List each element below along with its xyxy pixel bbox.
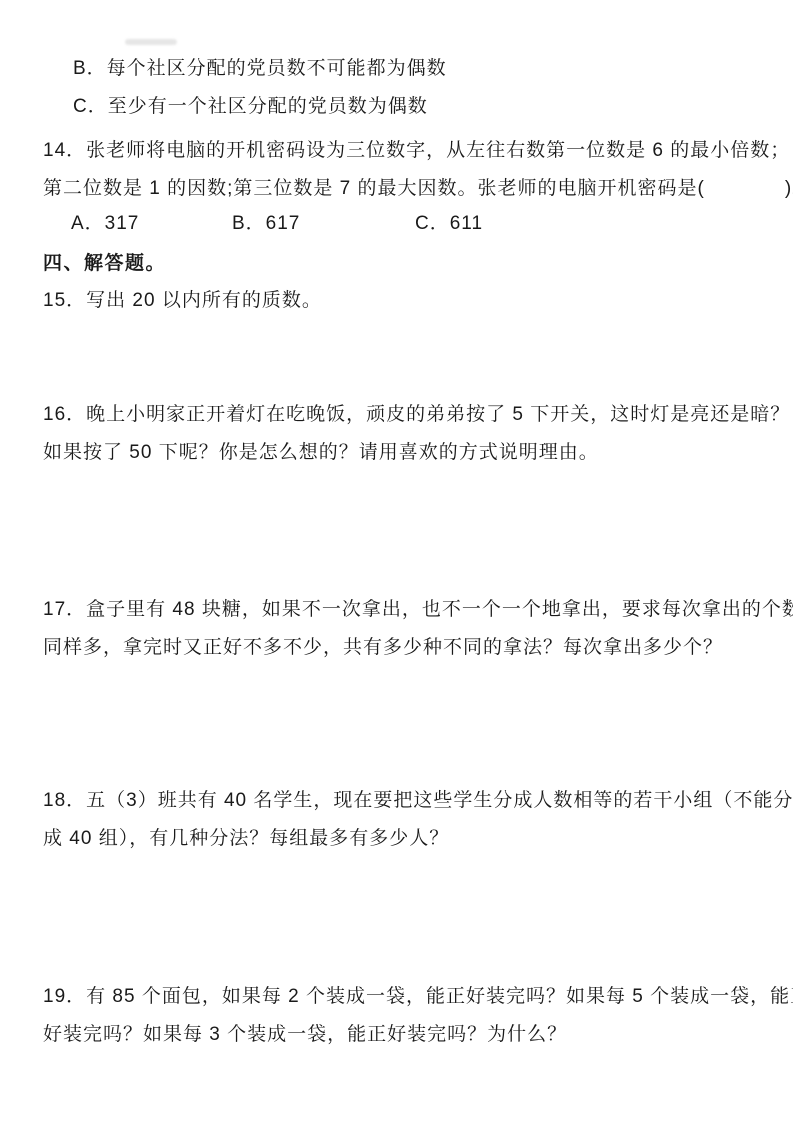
question-16-line-2: 如果按了 50 下呢？你是怎么想的？请用喜欢的方式说明理由。 xyxy=(43,441,599,465)
question-18-line-2: 成 40 组），有几种分法？每组最多有多少人？ xyxy=(43,827,449,851)
question-14-option-a: A．317 xyxy=(71,212,139,236)
question-15-line-1: 15．写出 20 以内所有的质数。 xyxy=(43,289,322,313)
question-14-option-b: B．617 xyxy=(232,212,300,236)
section-4-header: 四、解答题。 xyxy=(43,252,166,276)
question-16-line-1: 16．晚上小明家正开着灯在吃晚饭，顽皮的弟弟按了 5 下开关，这时灯是亮还是暗？ xyxy=(43,403,790,427)
question-19-line-2: 好装完吗？如果每 3 个装成一袋，能正好装完吗？为什么？ xyxy=(43,1023,567,1047)
question-13-option-b: B．每个社区分配的党员数不可能都为偶数 xyxy=(73,57,447,81)
question-19-line-1: 19．有 85 个面包，如果每 2 个装成一袋，能正好装完吗？如果每 5 个装成… xyxy=(43,985,793,1009)
scan-artifact xyxy=(125,39,177,45)
question-13-option-c: C．至少有一个社区分配的党员数为偶数 xyxy=(73,95,428,119)
worksheet-page: B．每个社区分配的党员数不可能都为偶数 C．至少有一个社区分配的党员数为偶数 1… xyxy=(0,0,793,1122)
question-14-option-c: C．611 xyxy=(415,212,483,236)
question-17-line-2: 同样多，拿完时又正好不多不少，共有多少种不同的拿法？每次拿出多少个？ xyxy=(43,636,723,660)
question-14-line-1: 14．张老师将电脑的开机密码设为三位数字，从左往右数第一位数是 6 的最小倍数； xyxy=(43,139,790,163)
question-18-line-1: 18．五（3）班共有 40 名学生，现在要把这些学生分成人数相等的若干小组（不能… xyxy=(43,789,793,813)
question-17-line-1: 17．盒子里有 48 块糖，如果不一次拿出，也不一个一个地拿出，要求每次拿出的个… xyxy=(43,598,793,622)
question-14-line-2: 第二位数是 1 的因数;第三位数是 7 的最大因数。张老师的电脑开机密码是( )… xyxy=(43,177,793,201)
